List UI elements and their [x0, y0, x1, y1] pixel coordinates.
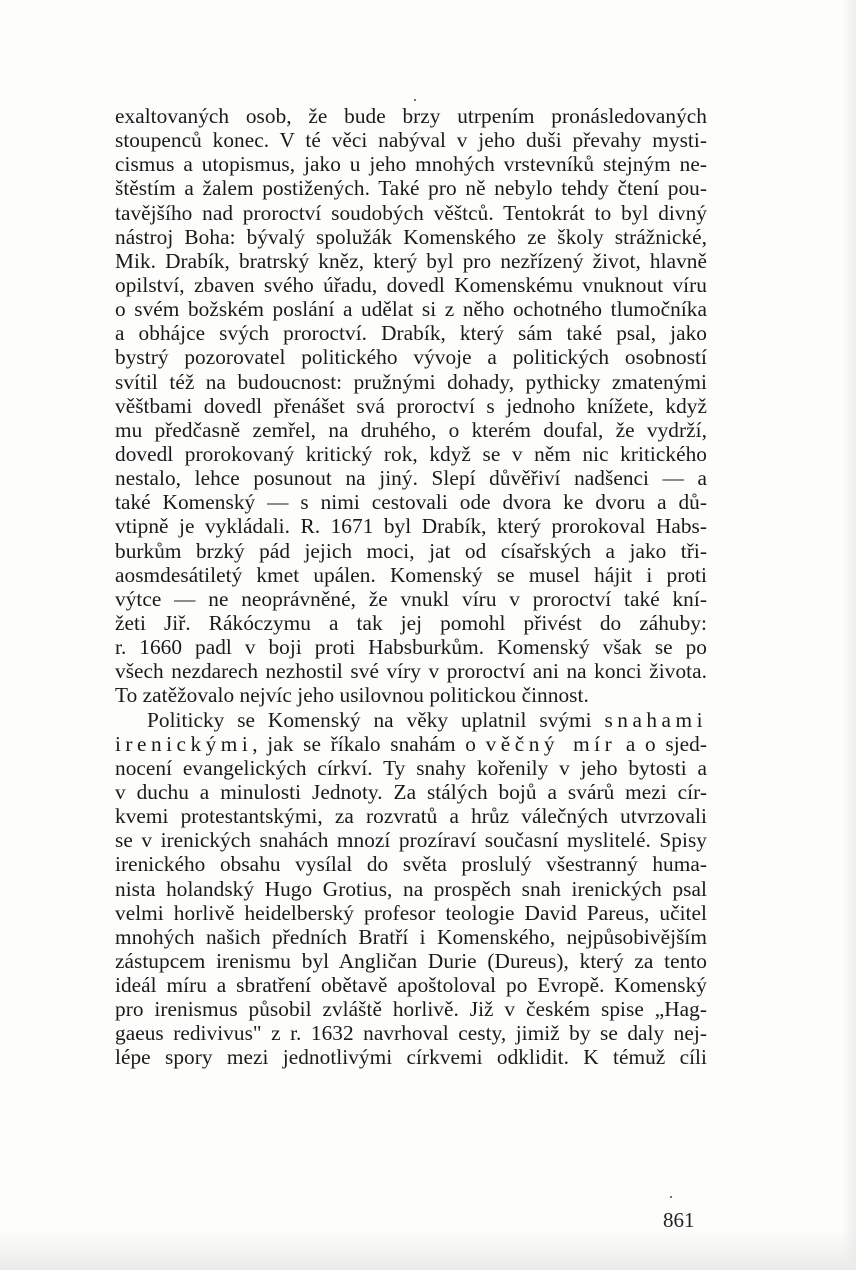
- text-line: svítil též na budoucnost: pružnými dohad…: [115, 370, 707, 394]
- paragraph-1: exaltovaných osob, že bude brzy utrpením…: [115, 104, 707, 708]
- text-line: Politicky se Komenský na věky uplatnil s…: [115, 708, 707, 732]
- text-line: gaeus redivivus" z r. 1632 navrhoval ces…: [115, 1021, 707, 1045]
- text-line: Mik. Drabík, bratrský kněz, který byl pr…: [115, 249, 707, 273]
- text-line: aosmdesátiletý kmet upálen. Komenský se …: [115, 563, 707, 587]
- text-line: r. 1660 padl v boji proti Habsburkům. Ko…: [115, 635, 707, 659]
- text-line: ideál míru a sbratření obětavě apoštolov…: [115, 973, 707, 997]
- text-line: To zatěžovalo nejvíc jeho usilovnou poli…: [115, 683, 707, 707]
- text-run: a o sjed-: [626, 732, 707, 756]
- text-line: exaltovaných osob, že bude brzy utrpením…: [115, 104, 707, 128]
- text-line: nista holandský Hugo Grotius, na prospěc…: [115, 877, 707, 901]
- text-line: mnohých našich předních Bratří i Komensk…: [115, 925, 707, 949]
- text-line: kvemi protestantskými, za rozvratů a hrů…: [115, 804, 707, 828]
- emphasis-spaced: snahami: [605, 708, 707, 732]
- text-line: burkům brzký pád jejich moci, jat od cís…: [115, 539, 707, 563]
- text-line: lépe spory mezi jednotlivými církvemi od…: [115, 1045, 707, 1069]
- page-edge-shadow-bottom: [0, 1230, 856, 1270]
- text-run: Politicky se Komenský na věky uplatnil s…: [147, 708, 592, 732]
- text-line: opilství, zbaven svého úřadu, dovedl Kom…: [115, 273, 707, 297]
- text-line: tavějšího nad proroctví soudobých věštců…: [115, 201, 707, 225]
- text-line: cismus a utopismus, jako u jeho mnohých …: [115, 152, 707, 176]
- text-line: irenického obsahu vysílal do světa prosl…: [115, 852, 707, 876]
- paragraph-2: Politicky se Komenský na věky uplatnil s…: [115, 708, 707, 1070]
- text-line: zástupcem irenismu byl Angličan Durie (D…: [115, 949, 707, 973]
- text-line: velmi horlivě heidelberský profesor teol…: [115, 901, 707, 925]
- text-line: bystrý pozorovatel politického vývoje a …: [115, 345, 707, 369]
- text-line: nocení evangelických církví. Ty snahy ko…: [115, 756, 707, 780]
- text-line: o svém božském poslání a udělat si z něh…: [115, 297, 707, 321]
- text-run: , jak se říkalo snahám o: [252, 732, 476, 756]
- page-edge-shadow-right: [842, 0, 856, 1270]
- text-line: irenickými, jak se říkalo snahám o věčný…: [115, 732, 707, 756]
- text-line: výtce — ne neoprávněné, že vnukl víru v …: [115, 587, 707, 611]
- emphasis-spaced: irenickými: [115, 732, 252, 756]
- text-line: věštbami dovedl přenášet svá proroctví s…: [115, 394, 707, 418]
- text-line: nestalo, lehce posunout na jiný. Slepí d…: [115, 466, 707, 490]
- emphasis-spaced: věčný mír: [486, 732, 617, 756]
- text-line: všech nezdarech nezhostil své víry v pro…: [115, 659, 707, 683]
- text-line: vtipně je vykládali. R. 1671 byl Drabík,…: [115, 514, 707, 538]
- text-line: pro irenismus působil zvláště horlivě. J…: [115, 997, 707, 1021]
- text-line: stoupenců konec. V té věci nabýval v jeh…: [115, 128, 707, 152]
- text-line: žeti Jiř. Rákóczymu a tak jej pomohl při…: [115, 611, 707, 635]
- print-speck: [670, 1196, 672, 1198]
- text-line: dovedl prorokovaný kritický rok, když se…: [115, 442, 707, 466]
- text-line: se v irenických snahách mnozí prozíraví …: [115, 828, 707, 852]
- text-line: a obhájce svých proroctví. Drabík, který…: [115, 321, 707, 345]
- print-speck: [414, 99, 416, 101]
- text-line: nástroj Boha: bývalý spolužák Komenského…: [115, 225, 707, 249]
- text-line: štěstím a žalem postižených. Také pro ně…: [115, 176, 707, 200]
- page-body: exaltovaných osob, že bude brzy utrpením…: [115, 104, 707, 1070]
- text-line: také Komenský — s nimi cestovali ode dvo…: [115, 490, 707, 514]
- text-line: v duchu a minulosti Jednoty. Za stálých …: [115, 780, 707, 804]
- page-number: 861: [663, 1208, 695, 1233]
- text-line: mu předčasně zemřel, na druhého, o které…: [115, 418, 707, 442]
